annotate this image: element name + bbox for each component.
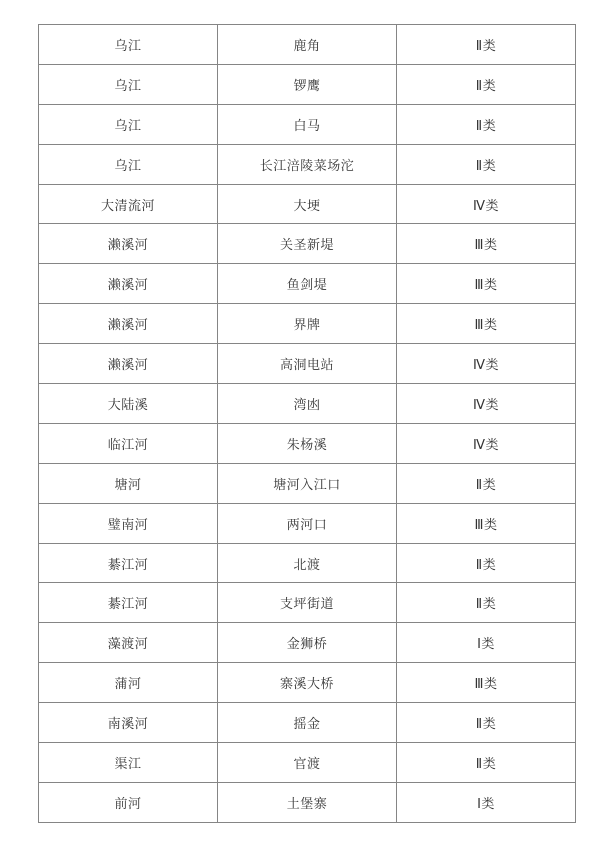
class-cell: Ⅱ类 <box>397 64 576 104</box>
river-cell: 濑溪河 <box>39 224 218 264</box>
table-row: 綦江河北渡Ⅱ类 <box>39 543 576 583</box>
class-cell: Ⅰ类 <box>397 782 576 822</box>
section-cell: 摇金 <box>218 703 397 743</box>
section-cell: 金狮桥 <box>218 623 397 663</box>
table-row: 乌江白马Ⅱ类 <box>39 104 576 144</box>
section-cell: 支坪街道 <box>218 583 397 623</box>
section-cell: 湾凼 <box>218 384 397 424</box>
class-cell: Ⅳ类 <box>397 344 576 384</box>
table-row: 渠江官渡Ⅱ类 <box>39 743 576 783</box>
table-row: 临江河朱杨溪Ⅳ类 <box>39 423 576 463</box>
river-cell: 濑溪河 <box>39 264 218 304</box>
table-row: 乌江长江涪陵菜场沱Ⅱ类 <box>39 144 576 184</box>
section-cell: 朱杨溪 <box>218 423 397 463</box>
table-row: 乌江鹿角Ⅱ类 <box>39 25 576 65</box>
section-cell: 北渡 <box>218 543 397 583</box>
section-cell: 塘河入江口 <box>218 463 397 503</box>
section-cell: 土堡寨 <box>218 782 397 822</box>
table-row: 大陆溪湾凼Ⅳ类 <box>39 384 576 424</box>
river-cell: 綦江河 <box>39 583 218 623</box>
water-quality-table: 乌江鹿角Ⅱ类乌江锣鹰Ⅱ类乌江白马Ⅱ类乌江长江涪陵菜场沱Ⅱ类大清流河大埂Ⅳ类濑溪河… <box>38 24 576 823</box>
table-row: 藻渡河金狮桥Ⅰ类 <box>39 623 576 663</box>
river-cell: 藻渡河 <box>39 623 218 663</box>
table-row: 大清流河大埂Ⅳ类 <box>39 184 576 224</box>
class-cell: Ⅱ类 <box>397 703 576 743</box>
river-cell: 濑溪河 <box>39 344 218 384</box>
river-cell: 大清流河 <box>39 184 218 224</box>
section-cell: 鱼剑堤 <box>218 264 397 304</box>
water-quality-table-body: 乌江鹿角Ⅱ类乌江锣鹰Ⅱ类乌江白马Ⅱ类乌江长江涪陵菜场沱Ⅱ类大清流河大埂Ⅳ类濑溪河… <box>39 25 576 823</box>
section-cell: 大埂 <box>218 184 397 224</box>
table-row: 濑溪河关圣新堤Ⅲ类 <box>39 224 576 264</box>
river-cell: 乌江 <box>39 144 218 184</box>
section-cell: 鹿角 <box>218 25 397 65</box>
class-cell: Ⅲ类 <box>397 224 576 264</box>
class-cell: Ⅳ类 <box>397 184 576 224</box>
river-cell: 璧南河 <box>39 503 218 543</box>
class-cell: Ⅱ类 <box>397 583 576 623</box>
class-cell: Ⅱ类 <box>397 144 576 184</box>
table-row: 前河土堡寨Ⅰ类 <box>39 782 576 822</box>
section-cell: 白马 <box>218 104 397 144</box>
river-cell: 临江河 <box>39 423 218 463</box>
class-cell: Ⅳ类 <box>397 423 576 463</box>
section-cell: 长江涪陵菜场沱 <box>218 144 397 184</box>
table-row: 濑溪河高洞电站Ⅳ类 <box>39 344 576 384</box>
river-cell: 綦江河 <box>39 543 218 583</box>
section-cell: 锣鹰 <box>218 64 397 104</box>
table-row: 蒲河寨溪大桥Ⅲ类 <box>39 663 576 703</box>
river-cell: 前河 <box>39 782 218 822</box>
table-row: 綦江河支坪街道Ⅱ类 <box>39 583 576 623</box>
river-cell: 塘河 <box>39 463 218 503</box>
class-cell: Ⅱ类 <box>397 104 576 144</box>
table-row: 塘河塘河入江口Ⅱ类 <box>39 463 576 503</box>
class-cell: Ⅱ类 <box>397 25 576 65</box>
river-cell: 渠江 <box>39 743 218 783</box>
river-cell: 南溪河 <box>39 703 218 743</box>
table-row: 濑溪河界牌Ⅲ类 <box>39 304 576 344</box>
class-cell: Ⅳ类 <box>397 384 576 424</box>
class-cell: Ⅱ类 <box>397 543 576 583</box>
table-row: 濑溪河鱼剑堤Ⅲ类 <box>39 264 576 304</box>
river-cell: 大陆溪 <box>39 384 218 424</box>
document-page: 乌江鹿角Ⅱ类乌江锣鹰Ⅱ类乌江白马Ⅱ类乌江长江涪陵菜场沱Ⅱ类大清流河大埂Ⅳ类濑溪河… <box>0 0 600 848</box>
section-cell: 高洞电站 <box>218 344 397 384</box>
table-row: 璧南河两河口Ⅲ类 <box>39 503 576 543</box>
table-row: 乌江锣鹰Ⅱ类 <box>39 64 576 104</box>
river-cell: 乌江 <box>39 64 218 104</box>
river-cell: 蒲河 <box>39 663 218 703</box>
section-cell: 关圣新堤 <box>218 224 397 264</box>
river-cell: 濑溪河 <box>39 304 218 344</box>
section-cell: 界牌 <box>218 304 397 344</box>
class-cell: Ⅲ类 <box>397 304 576 344</box>
section-cell: 官渡 <box>218 743 397 783</box>
class-cell: Ⅱ类 <box>397 743 576 783</box>
section-cell: 两河口 <box>218 503 397 543</box>
section-cell: 寨溪大桥 <box>218 663 397 703</box>
class-cell: Ⅱ类 <box>397 463 576 503</box>
class-cell: Ⅰ类 <box>397 623 576 663</box>
table-row: 南溪河摇金Ⅱ类 <box>39 703 576 743</box>
class-cell: Ⅲ类 <box>397 663 576 703</box>
river-cell: 乌江 <box>39 104 218 144</box>
class-cell: Ⅲ类 <box>397 503 576 543</box>
river-cell: 乌江 <box>39 25 218 65</box>
class-cell: Ⅲ类 <box>397 264 576 304</box>
